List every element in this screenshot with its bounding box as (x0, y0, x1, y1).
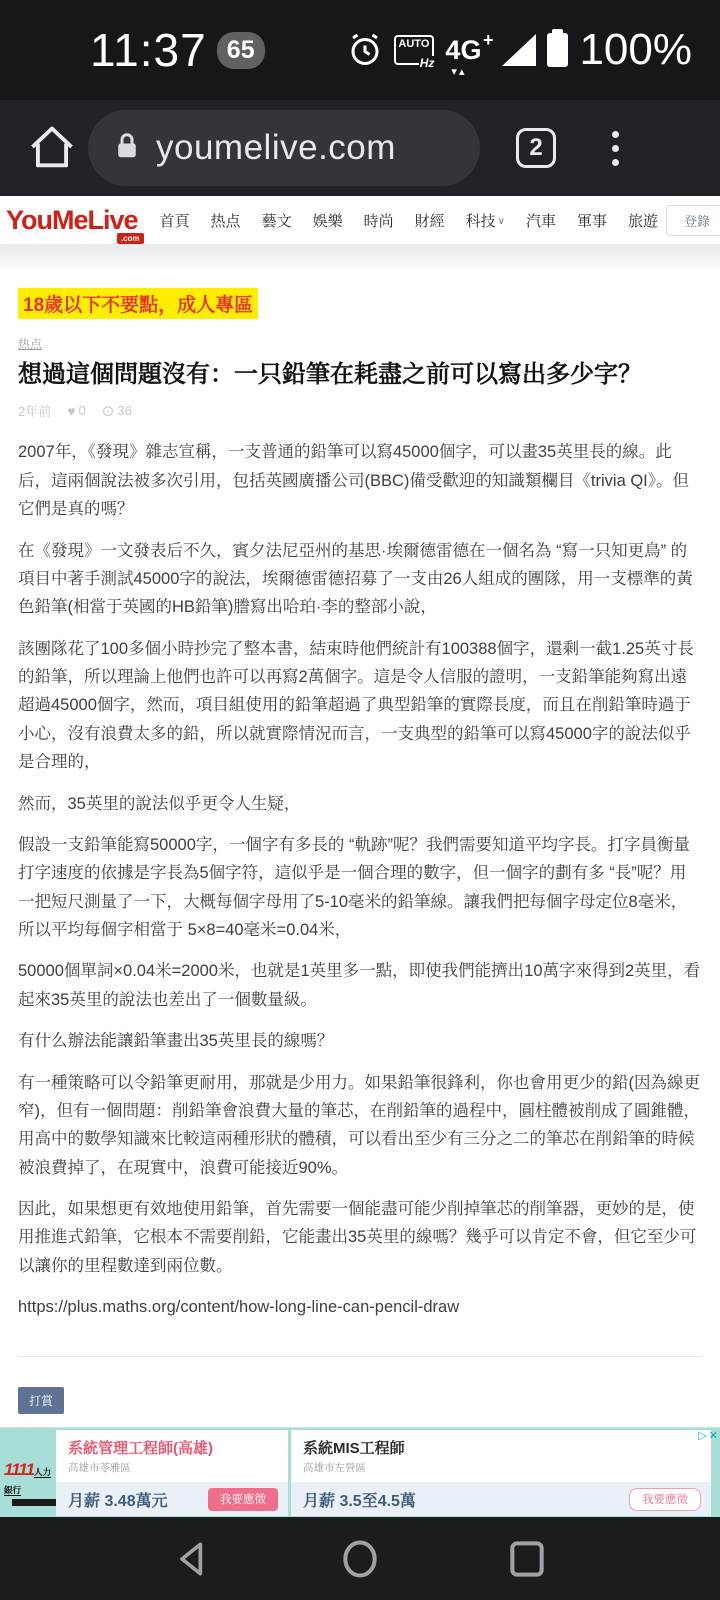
article-meta: 2年前 0 36 (18, 401, 702, 420)
job-title[interactable]: 系統管理工程師(高雄) (68, 1437, 288, 1458)
login-button[interactable]: 登錄 (666, 205, 720, 236)
like-count: 0 (67, 403, 86, 419)
logo-url-bar (12, 1499, 56, 1506)
article-paragraph: 有一種策略可以令鉛筆更耐用，那就是少用力。如果鉛筆很鋒利，你也會用更少的鉛(因為… (18, 1069, 702, 1183)
browser-home-button[interactable] (24, 122, 80, 174)
article-paragraph: 假設一支鉛筆能寫50000字，一個字有多長的 “軌跡”呢？我們需要知道平均字長。… (18, 831, 702, 945)
job-title[interactable]: 系統MIS工程師 (303, 1437, 711, 1458)
job-location: 高雄市苓雅區 (68, 1460, 288, 1475)
source-link[interactable]: https://plus.maths.org/content/how-long-… (18, 1293, 702, 1321)
nav-item-hot[interactable]: 热点 (211, 210, 241, 231)
article-paragraph: 因此，如果想更有效地使用鉛筆，首先需要一個能盡可能少削掉筆芯的削筆器，更妙的是，… (18, 1195, 702, 1280)
browser-menu-button[interactable] (612, 131, 619, 166)
home-button[interactable] (338, 1537, 382, 1581)
nav-item-entertainment[interactable]: 娛樂 (313, 210, 343, 231)
recents-button[interactable] (505, 1537, 549, 1581)
battery-icon (547, 33, 568, 67)
adult-warning-link[interactable]: 18歲以下不要點，成人專區 (18, 288, 258, 319)
notification-count-badge: 65 (217, 32, 265, 69)
signal-strength-icon (502, 34, 536, 66)
nav-item-arts[interactable]: 藝文 (262, 210, 292, 231)
url-text: youmelive.com (156, 128, 396, 168)
apply-button[interactable]: 我要應徵 (208, 1488, 278, 1511)
main-nav: 首頁 热点 藝文 娛樂 時尚 財經 科技 汽車 軍事 旅遊 體育 生活 更多 (160, 210, 720, 231)
apply-button[interactable]: 我要應徵 (629, 1488, 701, 1511)
article-paragraph: 在《發現》一文發表后不久，賓夕法尼亞州的基思·埃爾德雷德在一個名為 “寫一只知更… (18, 537, 702, 622)
article-page: 18歲以下不要點，成人專區 热点 想過這個問題沒有：一只鉛筆在耗盡之前可以寫出多… (0, 268, 720, 1427)
category-link[interactable]: 热点 (18, 335, 42, 352)
nav-item-home[interactable]: 首頁 (160, 210, 190, 231)
job-card[interactable]: 系統管理工程師(高雄) 高雄市苓雅區 月薪 3.48萬元 我要應徵 (56, 1430, 288, 1516)
post-age: 2年前 (18, 401, 51, 420)
1111-jobbank-logo: 1111人力銀行 (4, 1460, 56, 1506)
view-count: 36 (102, 402, 132, 420)
network-type-indicator: 4G + ▾▴ (445, 37, 491, 64)
article-paragraph: 該團隊花了100多個小時抄完了整本書，結束時他們統計有100388個字，還剩一截… (18, 635, 702, 777)
article-paragraph: 有什么辦法能讓鉛筆畫出35英里長的線嗎？ (18, 1027, 702, 1055)
job-salary: 月薪 3.5至4.5萬 (303, 1488, 416, 1511)
tab-switcher-button[interactable]: 2 (516, 128, 556, 168)
header-shadow (0, 244, 720, 268)
job-salary: 月薪 3.48萬元 (68, 1488, 168, 1511)
article-paragraph: 然而，35英里的說法似乎更令人生疑， (18, 790, 702, 818)
nav-item-fashion[interactable]: 時尚 (364, 210, 394, 231)
article-body: 2007年，《發現》雜志宣稱，一支普通的鉛筆可以寫45000個字，可以畫35英里… (18, 438, 702, 1321)
job-card[interactable]: 系統MIS工程師 高雄市左營區 月薪 3.5至4.5萬 我要應徵 (291, 1430, 711, 1516)
site-header: YouMeLive .com 首頁 热点 藝文 娛樂 時尚 財經 科技 汽車 軍… (0, 196, 720, 244)
article-paragraph: 2007年，《發現》雜志宣稱，一支普通的鉛筆可以寫45000個字，可以畫35英里… (18, 438, 702, 523)
ad-banner[interactable]: 1111人力銀行 系統管理工程師(高雄) 高雄市苓雅區 月薪 3.48萬元 我要… (0, 1427, 720, 1517)
auto-refresh-rate-icon: AUTO Hz (394, 35, 434, 65)
clock-time: 11:37 (90, 23, 207, 77)
heart-icon (67, 403, 75, 419)
nav-item-travel[interactable]: 旅遊 (628, 210, 658, 231)
job-location: 高雄市左營區 (303, 1460, 711, 1475)
battery-percent: 100% (579, 25, 692, 75)
nav-item-military[interactable]: 軍事 (577, 210, 607, 231)
logo-com-badge: .com (117, 233, 144, 244)
nav-item-tech[interactable]: 科技 (466, 210, 505, 231)
lock-icon (112, 129, 142, 168)
reward-button[interactable]: 打賞 (18, 1387, 64, 1414)
url-bar[interactable]: youmelive.com (88, 110, 480, 186)
android-nav-bar (0, 1517, 720, 1600)
status-bar: 11:37 65 AUTO Hz 4G + ▾▴ 100% (0, 0, 720, 100)
nav-item-auto[interactable]: 汽車 (526, 210, 556, 231)
article-paragraph: 50000個單詞×0.04米=2000米，也就是1英里多一點，即使我們能擠出10… (18, 957, 702, 1014)
back-button[interactable] (171, 1537, 215, 1581)
phone-screen: 11:37 65 AUTO Hz 4G + ▾▴ 100% (0, 0, 720, 1600)
eye-icon (102, 402, 115, 420)
browser-toolbar: youmelive.com 2 (0, 100, 720, 196)
alarm-icon (347, 32, 383, 68)
data-activity-arrows-icon: ▾▴ (451, 67, 466, 78)
divider (18, 1356, 702, 1357)
article-title: 想過這個問題沒有：一只鉛筆在耗盡之前可以寫出多少字？ (18, 359, 702, 391)
adchoices-icon[interactable]: ▷✕ (698, 1429, 718, 1442)
nav-item-finance[interactable]: 財經 (415, 210, 445, 231)
chevron-down-icon (498, 216, 505, 227)
site-logo[interactable]: YouMeLive .com (6, 205, 138, 236)
